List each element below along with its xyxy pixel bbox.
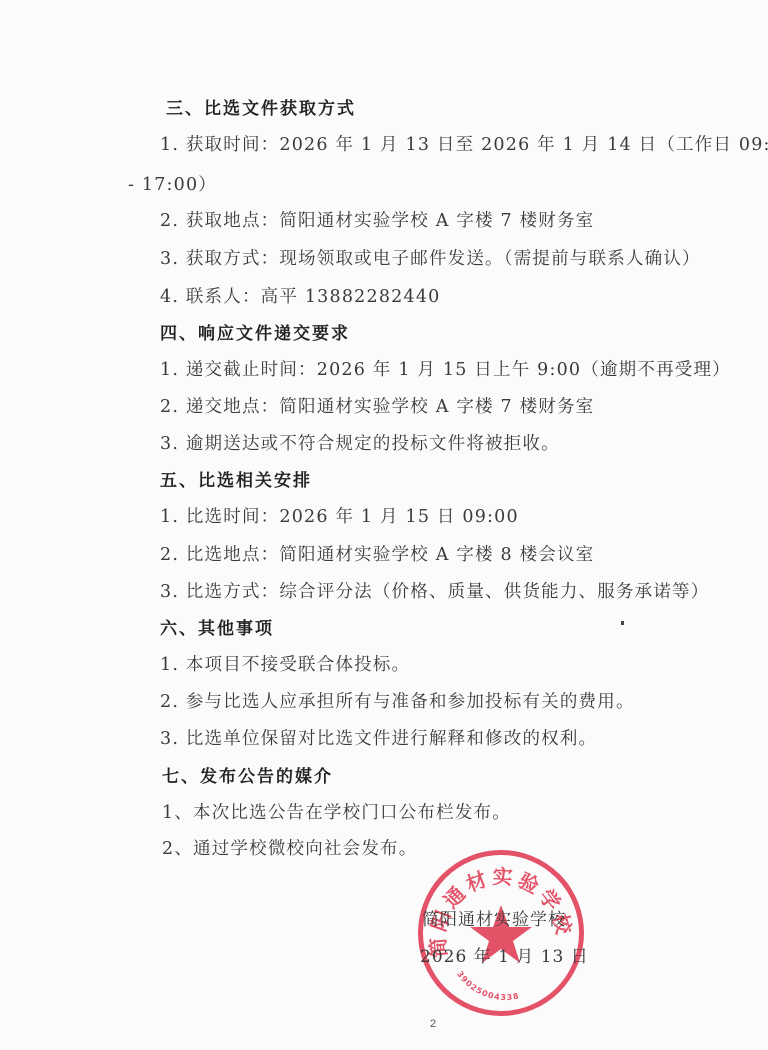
section-5-item-1: 1. 比选时间：2026 年 1 月 15 日 09:00	[160, 503, 519, 528]
section-3-item-1: 1. 获取时间：2026 年 1 月 13 日至 2026 年 1 月 14 日…	[160, 131, 768, 156]
section-5-item-2: 2. 比选地点：简阳通材实验学校 A 字楼 8 楼会议室	[160, 541, 594, 566]
official-seal: 简阳通材实验学校 39025004338	[418, 850, 584, 1016]
section-3-item-3: 3. 获取方式：现场领取或电子邮件发送。（需提前与联系人确认）	[160, 245, 701, 270]
section-heading-4: 四、响应文件递交要求	[160, 319, 350, 344]
seal-star-icon: 简阳通材实验学校 39025004338	[423, 855, 579, 1011]
seal-code: 39025004338	[455, 969, 520, 1002]
section-4-item-3: 3. 逾期送达或不符合规定的投标文件将被拒收。	[160, 430, 560, 455]
section-6-item-1: 1. 本项目不接受联合体投标。	[160, 651, 410, 676]
section-4-item-2: 2. 递交地点：简阳通材实验学校 A 字楼 7 楼财务室	[160, 393, 594, 418]
section-6-item-3: 3. 比选单位保留对比选文件进行解释和修改的权利。	[160, 725, 597, 750]
section-7-item-2: 2、通过学校微校向社会发布。	[162, 835, 417, 860]
scan-speck	[621, 621, 624, 625]
page-number: 2	[430, 1018, 436, 1030]
section-7-item-1: 1、本次比选公告在学校门口公布栏发布。	[162, 799, 511, 824]
section-6-item-2: 2. 参与比选人应承担所有与准备和参加投标有关的费用。	[160, 688, 635, 713]
section-3-item-2: 2. 获取地点：简阳通材实验学校 A 字楼 7 楼财务室	[160, 207, 594, 232]
section-heading-7: 七、发布公告的媒介	[162, 762, 333, 787]
section-4-item-1: 1. 递交截止时间：2026 年 1 月 15 日上午 9:00（逾期不再受理）	[160, 356, 731, 381]
signature-organization: 简阳通材实验学校	[422, 905, 566, 930]
section-heading-3: 三、比选文件获取方式	[166, 94, 356, 119]
section-3-item-4: 4. 联系人：高平 13882282440	[160, 283, 441, 308]
section-heading-5: 五、比选相关安排	[160, 466, 312, 491]
section-3-item-1-cont: - 17:00）	[128, 171, 217, 196]
signature-date: 2026 年 1 月 13 日	[420, 942, 589, 967]
svg-text:39025004338: 39025004338	[455, 969, 520, 1002]
section-heading-6: 六、其他事项	[160, 614, 274, 639]
section-5-item-3: 3. 比选方式：综合评分法（价格、质量、供货能力、服务承诺等）	[160, 578, 709, 603]
